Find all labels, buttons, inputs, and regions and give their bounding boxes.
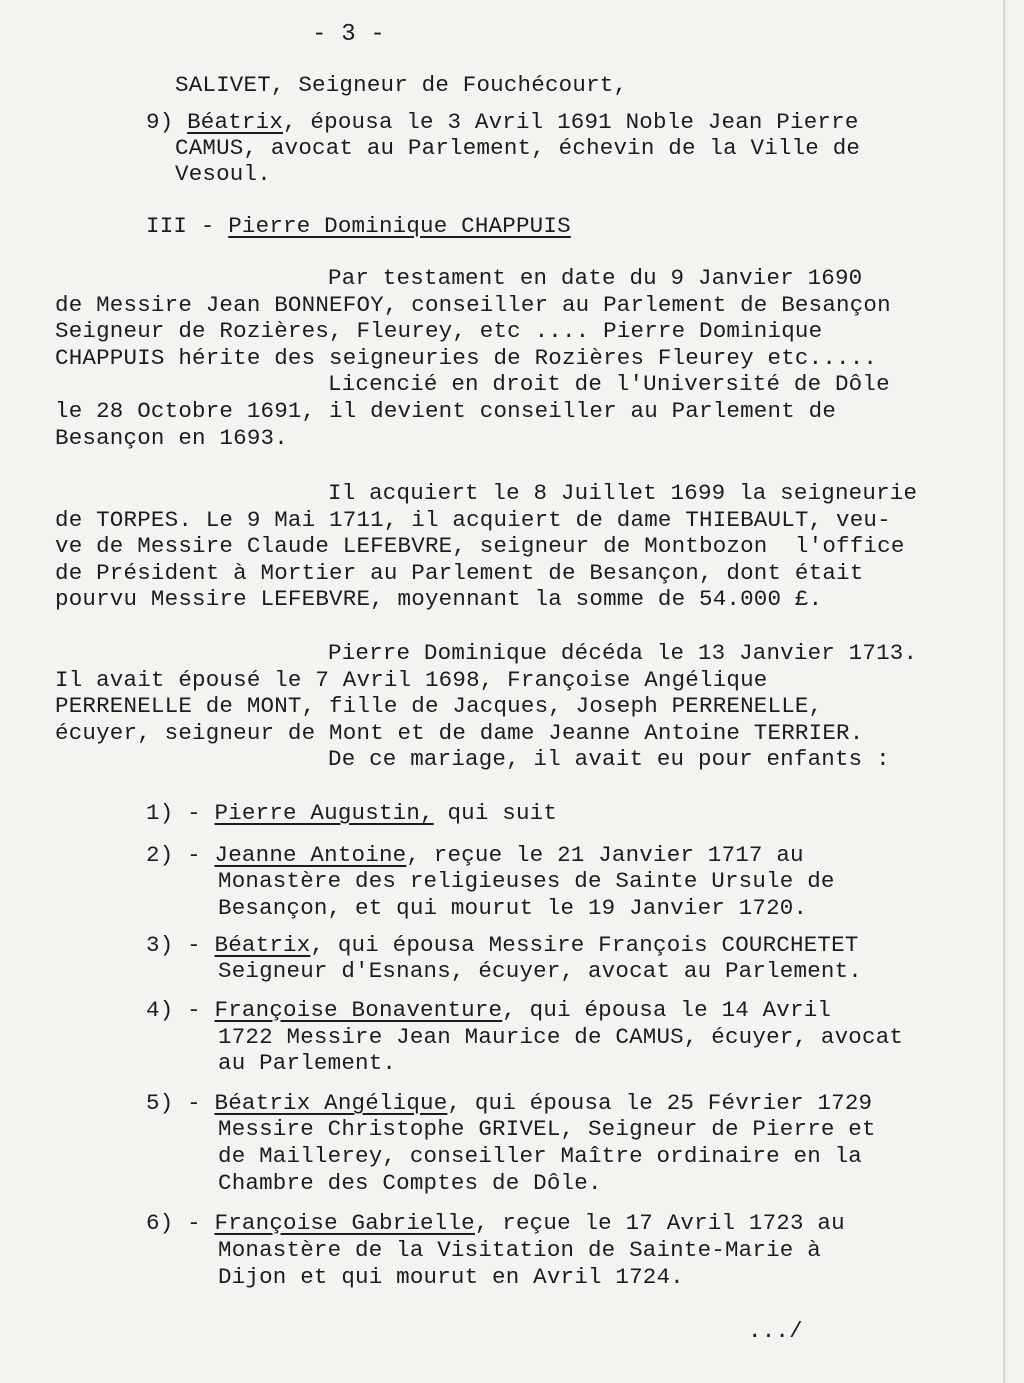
- entry-number: 9): [146, 109, 187, 135]
- paragraph-line: Il avait épousé le 7 Avril 1698, Françoi…: [55, 667, 768, 693]
- section-numeral: III -: [146, 213, 228, 239]
- entry-continuation: Monastère de la Visitation de Sainte-Mar…: [218, 1237, 821, 1263]
- entry-continuation: Vesoul.: [175, 161, 271, 187]
- paragraph-line: Pierre Dominique décéda le 13 Janvier 17…: [328, 640, 917, 666]
- entry-name: Béatrix Angélique: [215, 1090, 448, 1116]
- entry-text: , reçue le 21 Janvier 1717 au: [406, 842, 803, 868]
- document-page: - 3 - SALIVET, Seigneur de Fouchécourt, …: [0, 0, 1024, 1383]
- paragraph-line: le 28 Octobre 1691, il devient conseille…: [55, 398, 836, 424]
- entry-number: 3) -: [146, 932, 215, 958]
- paragraph-line: Licencié en droit de l'Université de Dôl…: [328, 371, 890, 397]
- page-number: - 3 -: [312, 22, 385, 48]
- paragraph-line: écuyer, seigneur de Mont et de dame Jean…: [55, 720, 863, 746]
- child-entry-5: 5) - Béatrix Angélique, qui épousa le 25…: [146, 1090, 872, 1116]
- paragraph-line: Seigneur de Rozières, Fleurey, etc .... …: [55, 318, 822, 344]
- paragraph-line: Il acquiert le 8 Juillet 1699 la seigneu…: [328, 480, 917, 506]
- section-title: Pierre Dominique CHAPPUIS: [228, 213, 571, 239]
- entry-continuation: Monastère des religieuses de Sainte Ursu…: [218, 868, 835, 894]
- paragraph-line: pourvu Messire LEFEBVRE, moyennant la so…: [55, 586, 822, 612]
- child-entry-4: 4) - Françoise Bonaventure, qui épousa l…: [146, 997, 831, 1023]
- continuation-mark: .../: [748, 1318, 803, 1344]
- entry-name: Béatrix: [215, 932, 311, 958]
- entry-text: , reçue le 17 Avril 1723 au: [475, 1210, 845, 1236]
- child-entry-9: 9) Béatrix, épousa le 3 Avril 1691 Noble…: [146, 109, 859, 135]
- entry-name: Béatrix: [187, 109, 283, 135]
- entry-number: 2) -: [146, 842, 215, 868]
- entry-continuation: 1722 Messire Jean Maurice de CAMUS, écuy…: [218, 1024, 903, 1050]
- paragraph-line: CHAPPUIS hérite des seigneuries de Roziè…: [55, 345, 877, 371]
- entry-continuation: Messire Christophe GRIVEL, Seigneur de P…: [218, 1116, 876, 1142]
- entry-continuation: CAMUS, avocat au Parlement, échevin de l…: [175, 135, 860, 161]
- entry-name: Pierre Augustin,: [215, 800, 434, 826]
- paragraph-line: de TORPES. Le 9 Mai 1711, il acquiert de…: [55, 507, 891, 533]
- intro-line: SALIVET, Seigneur de Fouchécourt,: [175, 72, 627, 98]
- entry-text: , épousa le 3 Avril 1691 Noble Jean Pier…: [283, 109, 859, 135]
- paragraph-line: ve de Messire Claude LEFEBVRE, seigneur …: [55, 533, 905, 559]
- paragraph-line: De ce mariage, il avait eu pour enfants …: [328, 746, 890, 772]
- entry-name: Jeanne Antoine: [215, 842, 407, 868]
- entry-continuation: Chambre des Comptes de Dôle.: [218, 1170, 602, 1196]
- paragraph-line: de Président à Mortier au Parlement de B…: [55, 560, 863, 586]
- entry-name: Françoise Gabrielle: [215, 1210, 475, 1236]
- entry-number: 5) -: [146, 1090, 215, 1116]
- entry-continuation: Dijon et qui mourut en Avril 1724.: [218, 1264, 684, 1290]
- child-entry-6: 6) - Françoise Gabrielle, reçue le 17 Av…: [146, 1210, 845, 1236]
- entry-number: 1) -: [146, 800, 215, 826]
- entry-text: , qui épousa Messire François COURCHETET: [310, 932, 858, 958]
- entry-continuation: au Parlement.: [218, 1050, 396, 1076]
- entry-continuation: de Maillerey, conseiller Maître ordinair…: [218, 1143, 862, 1169]
- entry-text: , qui épousa le 14 Avril: [502, 997, 831, 1023]
- paragraph-line: de Messire Jean BONNEFOY, conseiller au …: [55, 292, 891, 318]
- entry-text: qui suit: [434, 800, 557, 826]
- paragraph-line: Par testament en date du 9 Janvier 1690: [328, 265, 862, 291]
- section-heading: III - Pierre Dominique CHAPPUIS: [146, 213, 571, 239]
- entry-name: Françoise Bonaventure: [215, 997, 503, 1023]
- entry-number: 4) -: [146, 997, 215, 1023]
- entry-number: 6) -: [146, 1210, 215, 1236]
- child-entry-2: 2) - Jeanne Antoine, reçue le 21 Janvier…: [146, 842, 804, 868]
- child-entry-3: 3) - Béatrix, qui épousa Messire Françoi…: [146, 932, 859, 958]
- entry-text: , qui épousa le 25 Février 1729: [447, 1090, 872, 1116]
- child-entry-1: 1) - Pierre Augustin, qui suit: [146, 800, 557, 826]
- paragraph-line: PERRENELLE de MONT, fille de Jacques, Jo…: [55, 693, 822, 719]
- paragraph-line: Besançon en 1693.: [55, 425, 288, 451]
- entry-continuation: Seigneur d'Esnans, écuyer, avocat au Par…: [218, 958, 862, 984]
- entry-continuation: Besançon, et qui mourut le 19 Janvier 17…: [218, 895, 807, 921]
